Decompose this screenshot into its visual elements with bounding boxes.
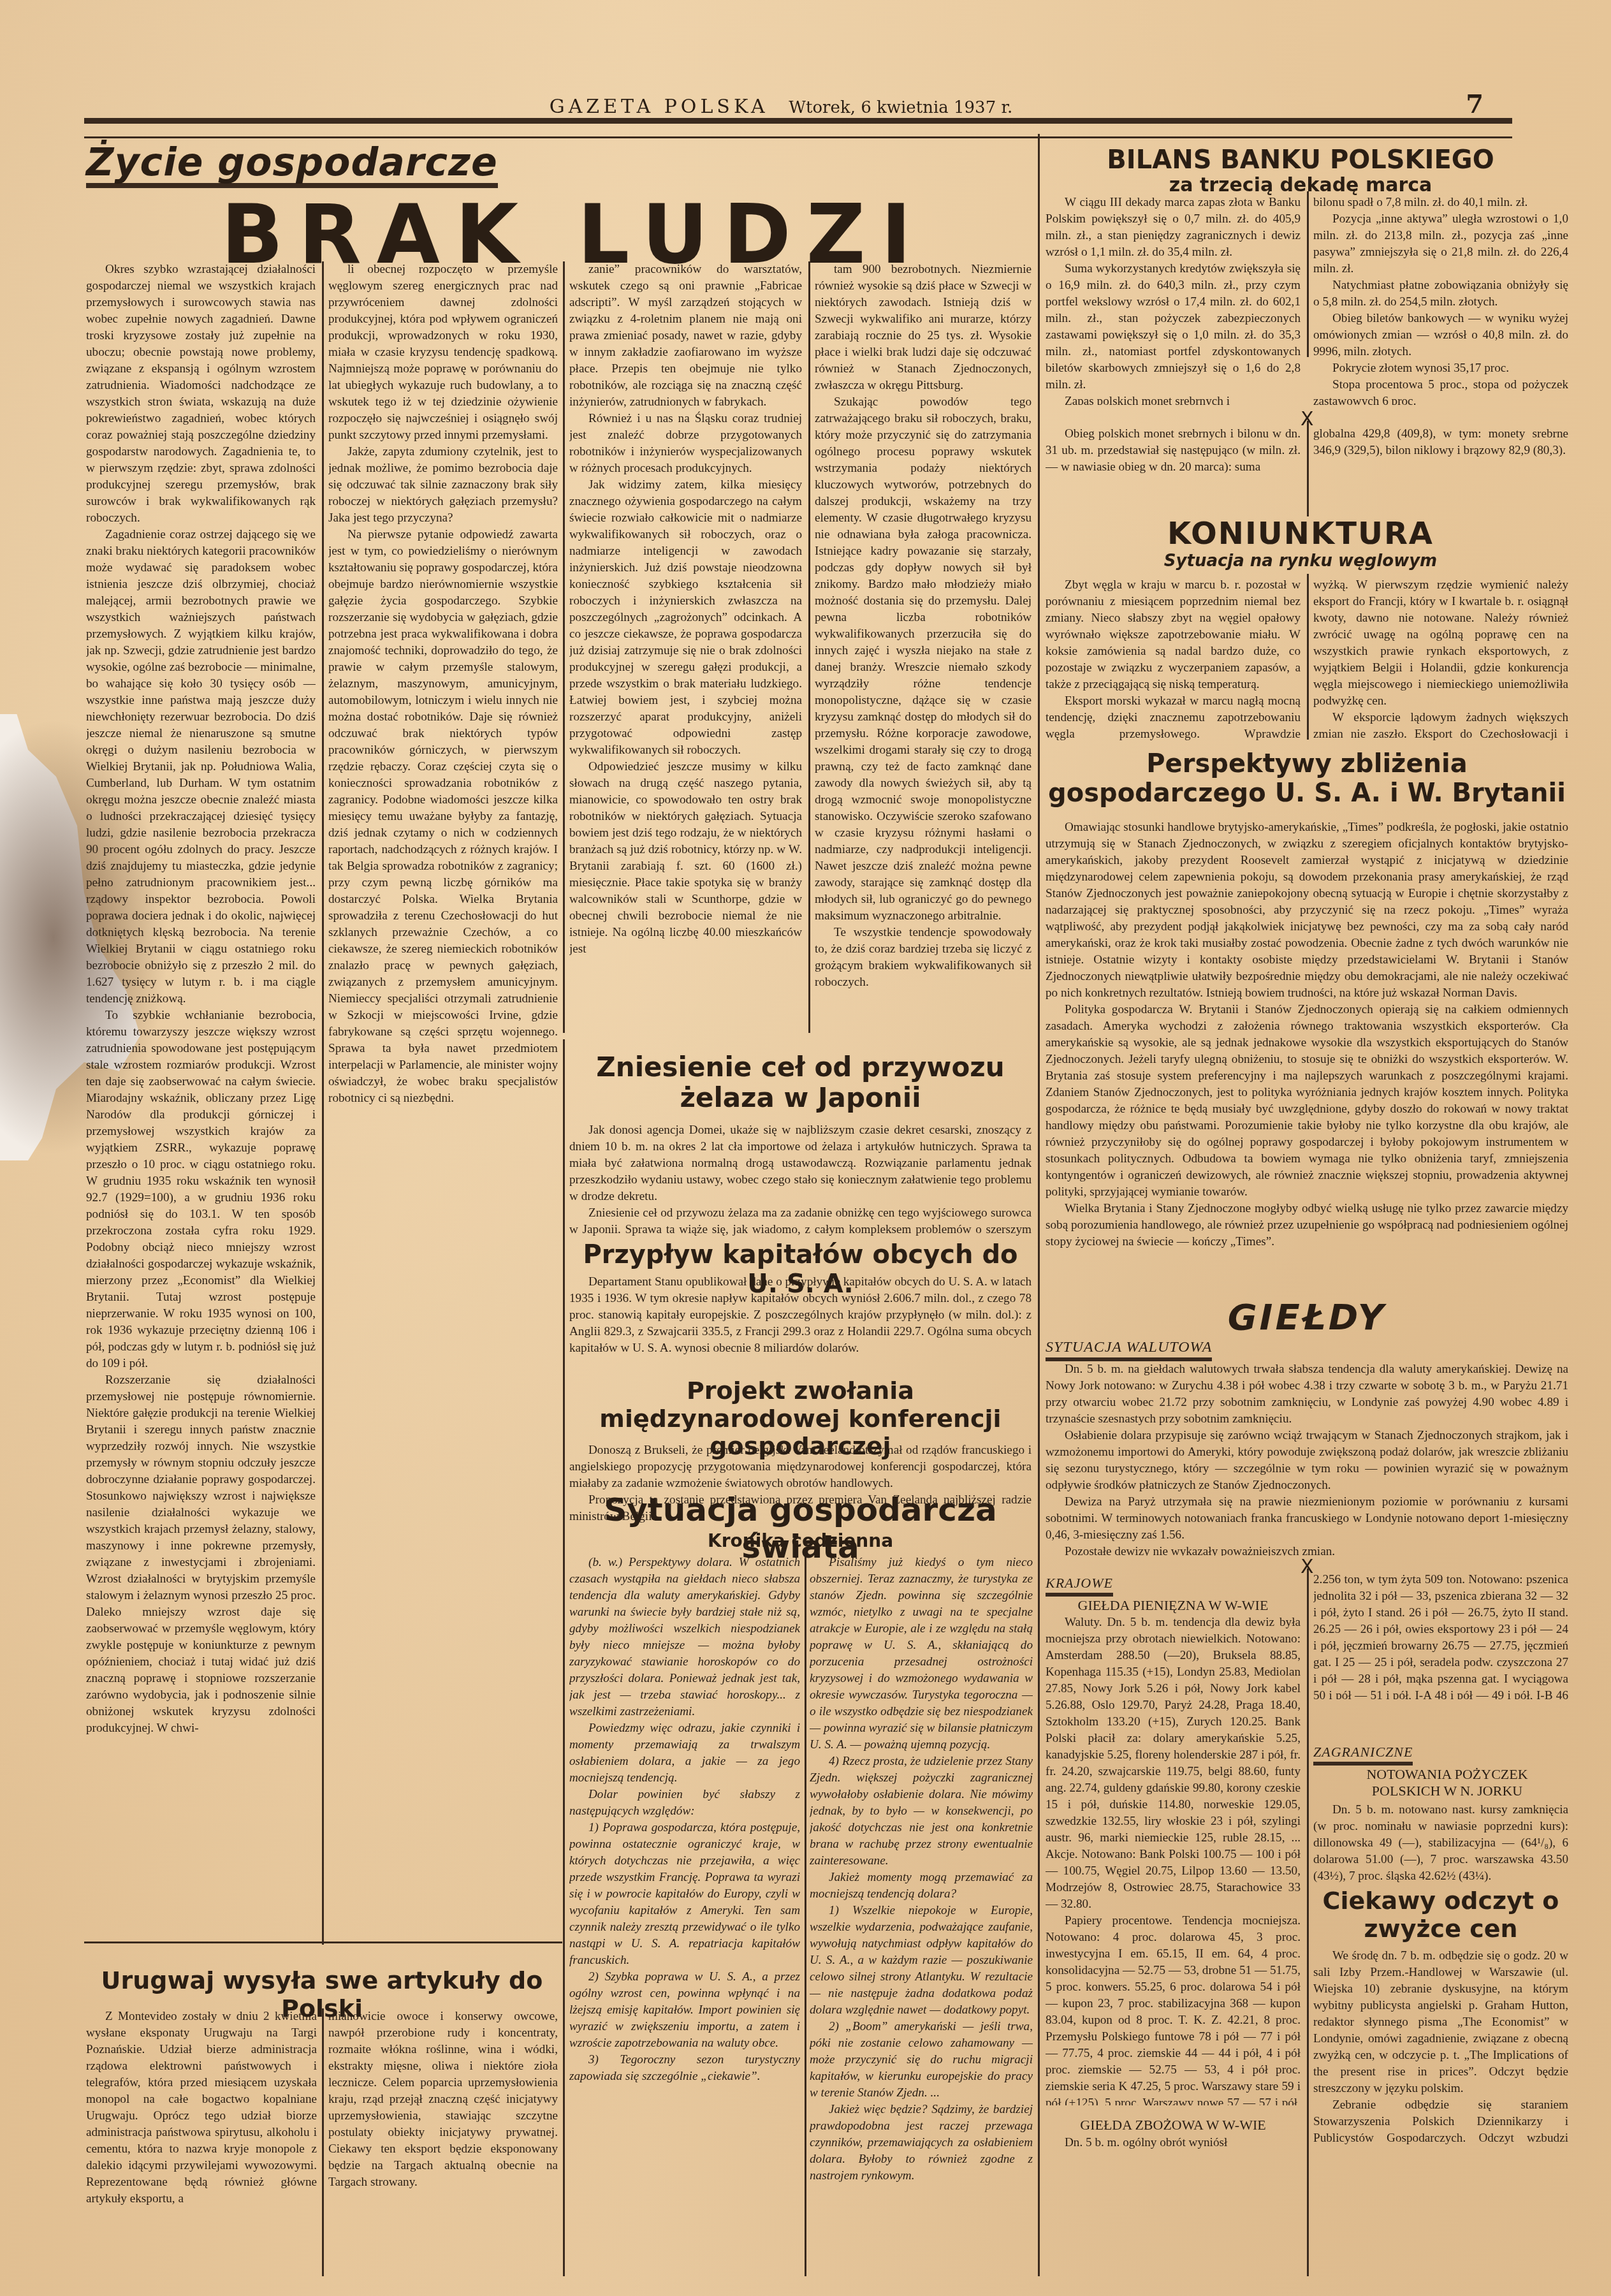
paragraph: Polityka gospodarcza W. Brytanii i Stanó… [1046, 1002, 1568, 1201]
column-divider [1307, 421, 1309, 516]
paragraph: To szybkie wchłanianie bezrobocia, które… [86, 1007, 316, 1372]
paragraph: Donoszą z Brukseli, że premier belgijski… [569, 1442, 1031, 1492]
separator-cross: X [1301, 408, 1314, 430]
column-divider [1307, 1568, 1309, 2276]
masthead-rule [84, 118, 1512, 138]
paragraph: Eksport morski wykazał w marcu nagłą moc… [1046, 693, 1301, 746]
paragraph: Dolar powinien być słabszy z następujący… [569, 1787, 800, 1820]
paragraph: Papiery procentowe. Tendencja mocniejsza… [1046, 1913, 1301, 2105]
paragraph: Te wszystkie tendencje spowodowały to, ż… [815, 925, 1031, 991]
paragraph: Zbyt węgla w kraju w marcu b. r. pozosta… [1046, 577, 1301, 693]
perspektywy-body: Omawiając stosunki handlowe brytyjsko-am… [1046, 819, 1568, 1275]
paragraph: Dn. 5 b. m. na giełdach walutowych trwał… [1046, 1361, 1568, 1428]
paragraph: Zniesienie ceł od przywozu żelaza ma za … [569, 1205, 1031, 1237]
pieniezna-title: GIEŁDA PIENIĘZNA W W-WIE [1046, 1597, 1301, 1614]
paragraph: wyżką. W pierwszym rzędzie wymienić nale… [1313, 577, 1568, 710]
column-divider [1038, 134, 1040, 2276]
paragraph: Jakże, zapyta zdumiony czytelnik, jest t… [328, 444, 558, 527]
separator-cross: X [1301, 1556, 1314, 1578]
paragraph: Okres szybko wzrastającej działalności g… [86, 261, 316, 527]
zagraniczne-kicker: ZAGRANICZNE [1313, 1744, 1413, 1766]
paragraph: Dn. 5 b. m. ogólny obrót wyniósł [1046, 2135, 1301, 2151]
paragraph: 2) „Boom” amerykański — jeśli trwa, póki… [810, 2019, 1033, 2102]
koniunktura-column-1: Zbyt węgla w kraju w marcu b. r. pozosta… [1046, 577, 1301, 746]
sytuacja-column-1: (b. w.) Perspektywy dolara. W ostatnich … [569, 1554, 800, 2275]
paragraph: 2.256 ton, w tym żyta 509 ton. Notowano:… [1313, 1572, 1568, 1699]
paragraph: Rozszerzanie się działalności przemysłow… [86, 1372, 316, 1737]
brak-ludzi-column-2: li obecnej rozpoczęto w przemyśle węglow… [328, 261, 558, 1938]
paragraph: Waluty. Dn. 5 b. m. tendencja dla dewiz … [1046, 1614, 1301, 1913]
bilans-column-1: W ciągu III dekady marca zapas złota w B… [1046, 194, 1301, 405]
paragraph: tam 900 bezrobotnych. Niezmiernie równie… [815, 261, 1031, 394]
column-divider [322, 261, 324, 1945]
paragraph: Pozycja „inne aktywa” uległa wzrostowi o… [1313, 211, 1568, 277]
paragraph: Pisaliśmy już kiedyś o tym nieco obszern… [810, 1554, 1033, 1753]
paragraph: W eksporcie lądowym żadnych większych zm… [1313, 710, 1568, 746]
paragraph: Zebranie odbędzie się staraniem Stowarzy… [1313, 2097, 1568, 2146]
paragraph: Jakież momenty mogą przemawiać za mocnie… [810, 1869, 1033, 1903]
brak-ludzi-column-3: zanie” pracowników do warsztatów, wskute… [569, 261, 802, 1033]
bilans-headline: BILANS BANKU POLSKIEGO [1046, 145, 1556, 175]
masthead: GAZETA POLSKA Wtorek, 6 kwietnia 1937 r. [86, 96, 1476, 121]
column-divider [1307, 574, 1309, 740]
newspaper-title: GAZETA POLSKA [550, 96, 769, 118]
sytuacja-subhead: Kronika codzienna [569, 1530, 1031, 1551]
paragraph: Również i u nas na Śląsku coraz trudniej… [569, 411, 802, 477]
paragraph: Osłabienie dolara przypisuje się zarówno… [1046, 1428, 1568, 1494]
perspektywy-headline: Perspektywy zbliżenia gospodarczego U. S… [1046, 749, 1568, 808]
paragraph: Jak donosi agencja Domei, ukaże się w na… [569, 1122, 1031, 1205]
paragraph: Omawiając stosunki handlowe brytyjsko-am… [1046, 819, 1568, 1002]
paragraph: mianowicie owoce i konserwy owcowe, nawp… [328, 2008, 558, 2191]
brak-ludzi-column-1: Okres szybko wzrastającej działalności g… [86, 261, 316, 1938]
column-divider [563, 261, 565, 1033]
paragraph: 3) Tegoroczny sezon turystyczny zapowiad… [569, 2052, 800, 2085]
paragraph: W ciągu III dekady marca zapas złota w B… [1046, 194, 1301, 261]
bilans-subhead: za trzecią dekadę marca [1046, 174, 1556, 196]
horizontal-rule [84, 1941, 562, 1943]
notowania-title: NOTOWANIA POŻYCZEK POLSKICH W N. JORKU [1332, 1766, 1562, 1799]
zniesienie-headline: Zniesienie ceł od przywozu żelaza w Japo… [569, 1052, 1031, 1114]
paragraph: zanie” pracowników do warsztatów, wskute… [569, 261, 802, 411]
paragraph: Zapas polskich monet srebrnych i [1046, 393, 1301, 405]
bilans-column-4: globalna 429,8 (409,8), w tym: monety sr… [1313, 426, 1568, 509]
issue-date: Wtorek, 6 kwietnia 1937 r. [789, 98, 1012, 117]
column-divider [1307, 191, 1309, 357]
zniesienie-body: Jak donosi agencja Domei, ukaże się w na… [569, 1122, 1031, 1237]
paragraph: 1) Wszelkie niepokoje w Europie, wszelki… [810, 1903, 1033, 2019]
urugwaj-column-2: mianowicie owoce i konserwy owcowe, nawp… [328, 2008, 558, 2276]
column-divider [808, 261, 810, 1033]
przyplyw-body: Departament Stanu opublikował dane o prz… [569, 1274, 1031, 1376]
koniunktura-subhead: Sytuacja na rynku węglowym [1046, 552, 1556, 571]
paragraph: Obieg biletów bankowych — w wyniku wyżej… [1313, 311, 1568, 360]
bilans-column-3: Obieg polskich monet srebrnych i bilonu … [1046, 426, 1301, 509]
koniunktura-headline: KONIUNKTURA [1046, 516, 1556, 552]
ciekawy-headline: Ciekawy odczyt o zwyżce cen [1313, 1887, 1568, 1943]
zbozowa-body: Dn. 5 b. m. ogólny obrót wyniósł [1046, 2135, 1301, 2154]
paragraph: Z Montevideo zostały w dniu 2 kwietnia w… [86, 2008, 317, 2207]
paragraph: Odpowiedzieć jeszcze musimy w kilku słow… [569, 759, 802, 958]
paragraph: bilonu spadł o 7,8 miln. zł. do 40,1 mil… [1313, 194, 1568, 211]
paragraph: 4) Rzecz prosta, że udzielenie przez Sta… [810, 1753, 1033, 1869]
paragraph: Stopa procentowa 5 proc., stopa od pożyc… [1313, 377, 1568, 405]
paragraph: Na pierwsze pytanie odpowiedź zawarta je… [328, 527, 558, 1107]
koniunktura-column-2: wyżką. W pierwszym rzędzie wymienić nale… [1313, 577, 1568, 746]
paragraph: 1) Poprawa gospodarcza, która postępuje,… [569, 1820, 800, 1969]
brak-ludzi-column-4: tam 900 bezrobotnych. Niezmiernie równie… [815, 261, 1031, 1033]
paragraph: We środę dn. 7 b. m. odbędzie się o godz… [1313, 1948, 1568, 2097]
paragraph: li obecnej rozpoczęto w przemyśle węglow… [328, 261, 558, 444]
urugwaj-column-1: Z Montevideo zostały w dniu 2 kwietnia w… [86, 2008, 317, 2276]
paragraph: Jak widzimy zatem, kilka miesięcy znaczn… [569, 477, 802, 759]
paragraph: Wielka Brytania i Stany Zjednoczone mogł… [1046, 1201, 1568, 1250]
page-number: 7 [1466, 89, 1483, 119]
paragraph: Zagadnienie coraz ostrzej dającego się w… [86, 527, 316, 1007]
section-title: Życie gospodarcze [86, 143, 498, 188]
paragraph: globalna 429,8 (409,8), w tym: monety sr… [1313, 426, 1568, 459]
sytuacja-column-2: Pisaliśmy już kiedyś o tym nieco obszern… [810, 1554, 1033, 2275]
pieniezna-body: Waluty. Dn. 5 b. m. tendencja dla dewiz … [1046, 1614, 1301, 2105]
paragraph: Szukając powodów tego zatrważającego bra… [815, 394, 1031, 925]
paragraph: Suma wykorzystanych kredytów zwiększyła … [1046, 261, 1301, 393]
paragraph: Dn. 5 b. m. notowano nast. kursy zamknię… [1313, 1802, 1568, 1885]
column-divider [563, 1039, 565, 2276]
waluty-kicker: SYTUACJA WALUTOWA [1046, 1339, 1212, 1361]
paragraph: Powiedzmy więc odrazu, jakie czynniki i … [569, 1720, 800, 1787]
zbozowa-continued: 2.256 ton, w tym żyta 509 ton. Notowano:… [1313, 1572, 1568, 1699]
paragraph: 2) Szybka poprawa w U. S. A., a przez og… [569, 1969, 800, 2052]
ciekawy-body: We środę dn. 7 b. m. odbędzie się o godz… [1313, 1948, 1568, 2146]
paragraph: Obieg polskich monet srebrnych i bilonu … [1046, 426, 1301, 476]
column-divider [322, 2008, 324, 2276]
bilans-column-2: bilonu spadł o 7,8 miln. zł. do 40,1 mil… [1313, 194, 1568, 405]
paragraph: (b. w.) Perspektywy dolara. W ostatnich … [569, 1554, 800, 1720]
waluty-body: Dn. 5 b. m. na giełdach walutowych trwał… [1046, 1361, 1568, 1556]
notowania-body: Dn. 5 b. m. notowano nast. kursy zamknię… [1313, 1802, 1568, 1885]
paragraph: Pokrycie złotem wynosi 35,17 proc. [1313, 360, 1568, 377]
paragraph: Departament Stanu opublikował dane o prz… [569, 1274, 1031, 1357]
gieldy-headline: GIEŁDY [1046, 1298, 1568, 1338]
zbozowa-title: GIEŁDA ZBOŻOWA W W-WIE [1046, 2117, 1301, 2133]
column-divider [805, 1549, 806, 2276]
paragraph: Pozostałe dewizy nie wykazały poważniejs… [1046, 1544, 1568, 1556]
paragraph: Jakież więc będzie? Sądzimy, że bardziej… [810, 2102, 1033, 2184]
krajowe-kicker: KRAJOWE [1046, 1575, 1113, 1597]
paragraph: Natychmiast płatne zobowiązania obniżyły… [1313, 277, 1568, 311]
paragraph: Dewiza na Paryż utrzymała się na prawie … [1046, 1494, 1568, 1544]
